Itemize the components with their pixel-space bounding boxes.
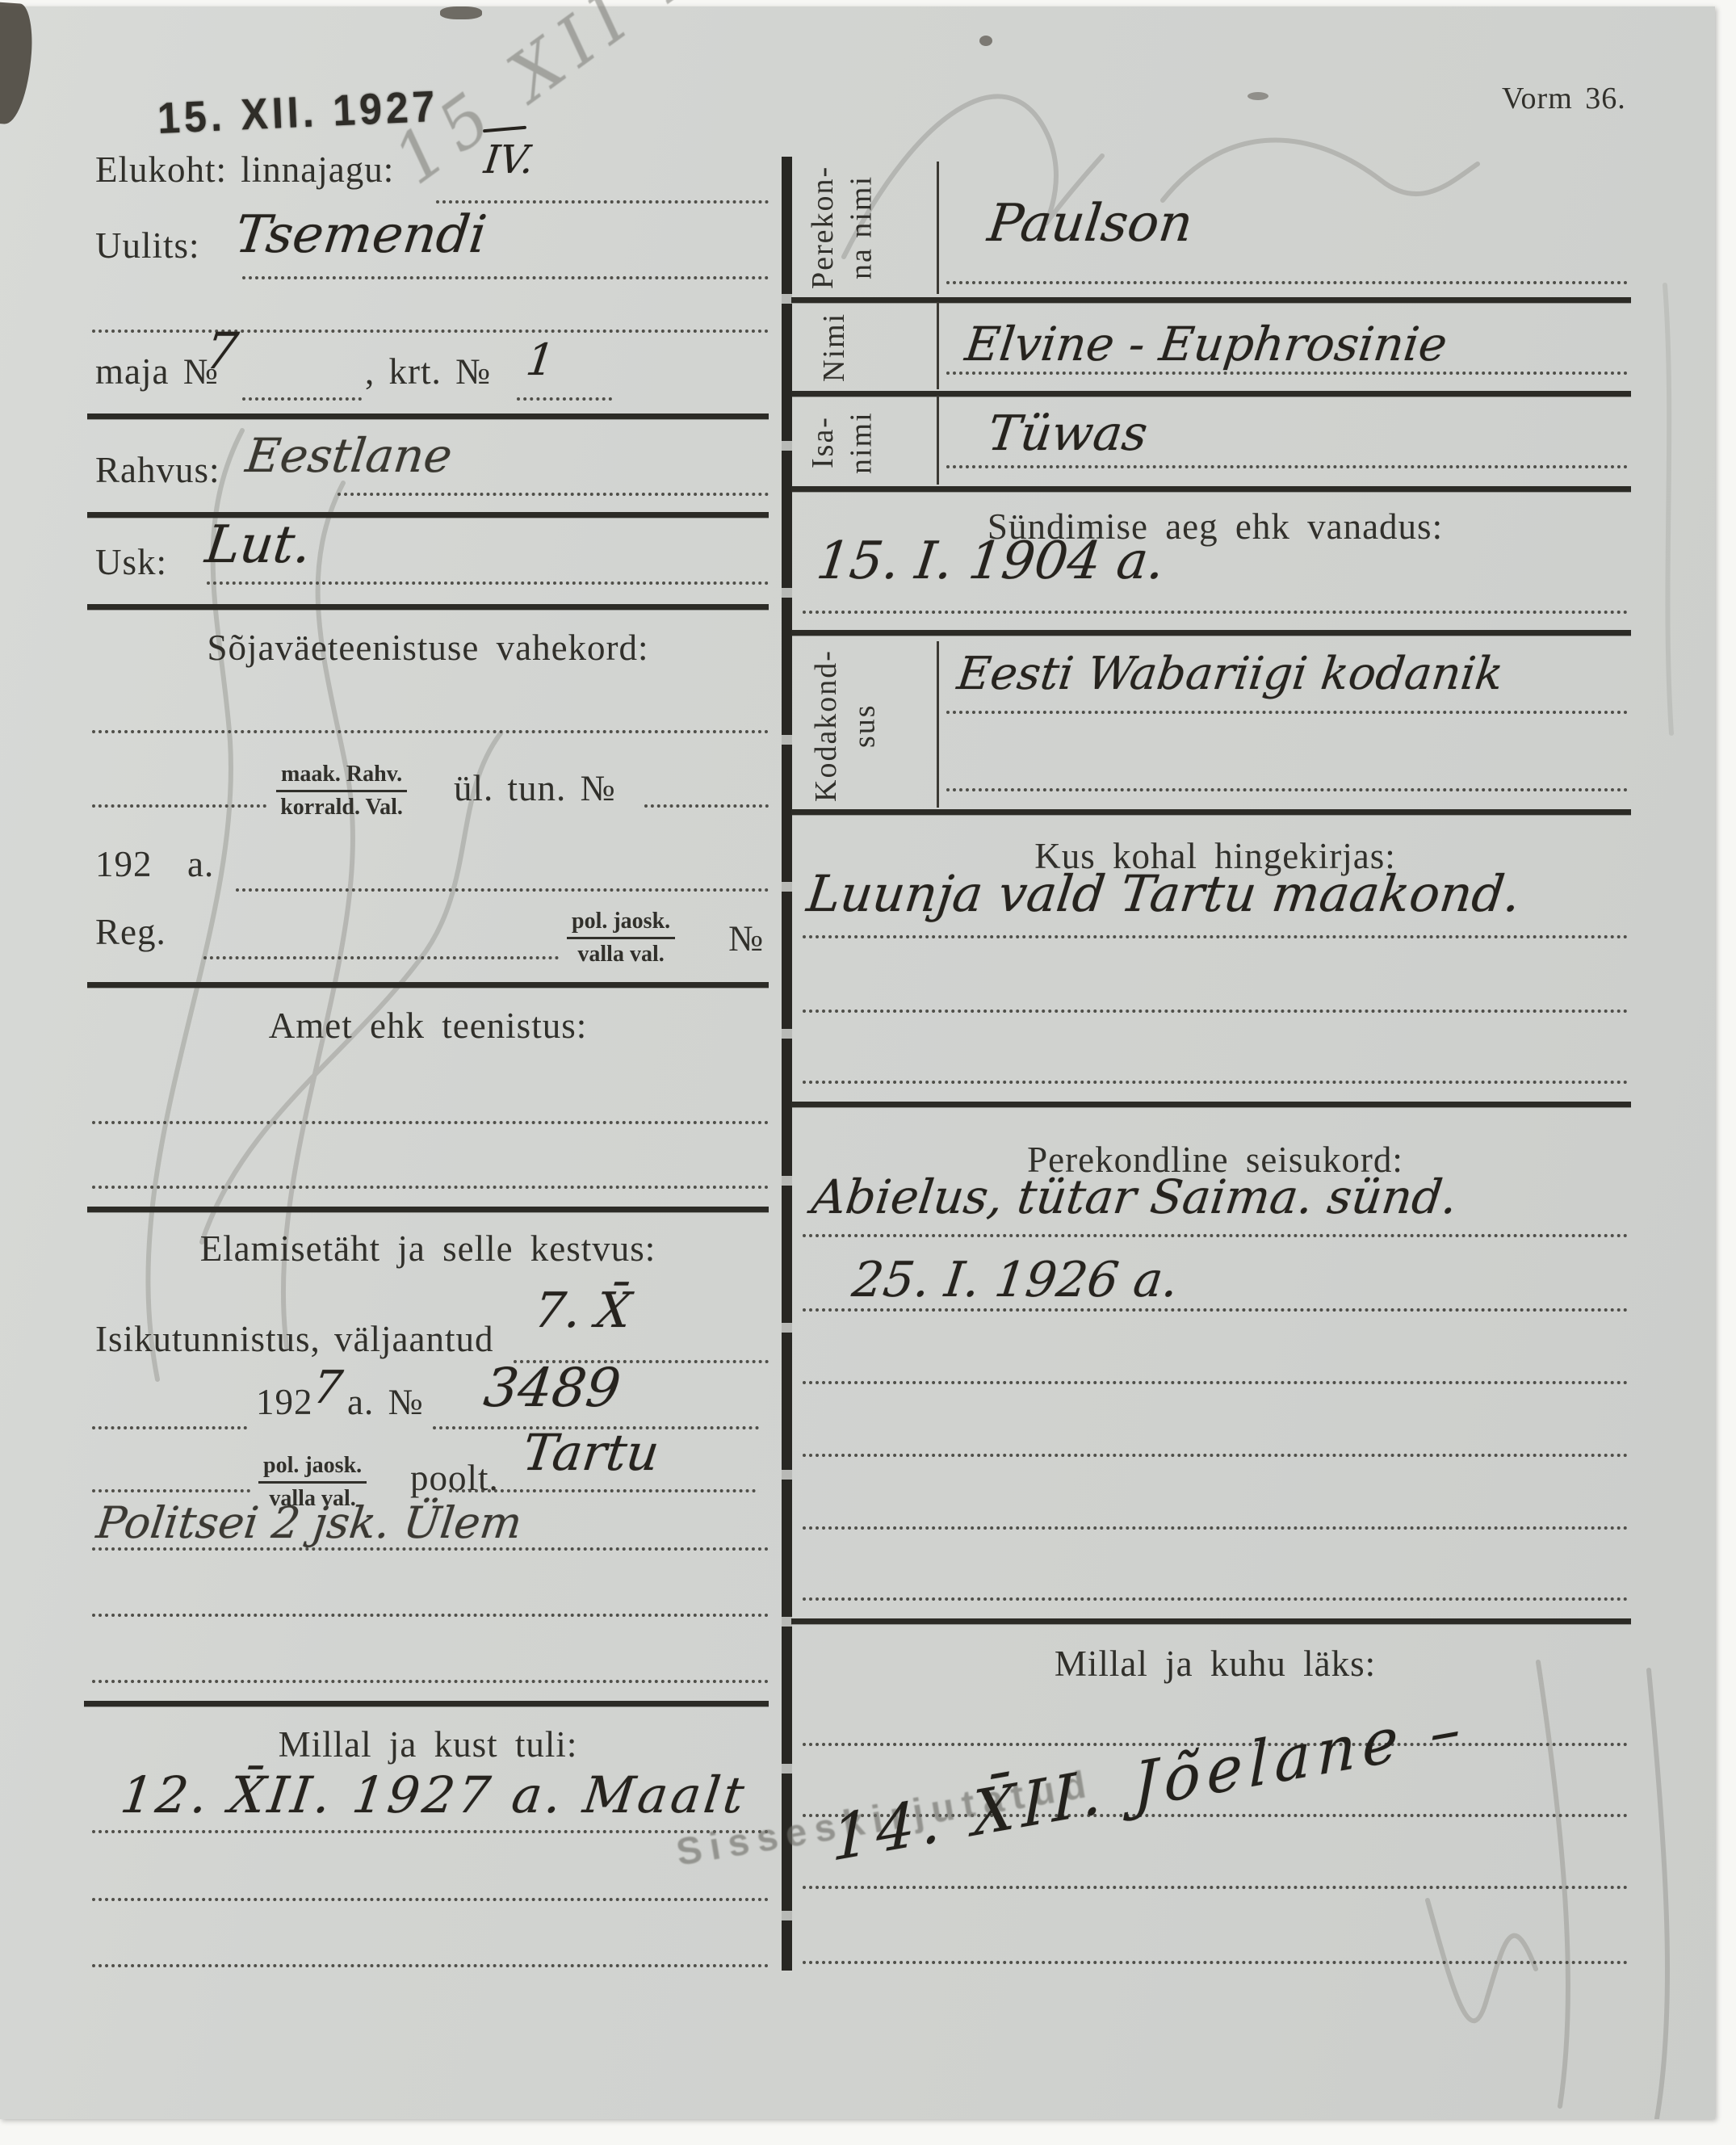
label-rule [937, 641, 939, 808]
military-authority-fraction: maak. Rahv. korrald. Val. [276, 761, 407, 821]
arrival-heading: Millal ja kust tuli: [89, 1725, 767, 1765]
dotted-line [803, 1081, 1628, 1084]
dotted-line [803, 1010, 1628, 1013]
birth-date-value: 15. I. 1904 a. [813, 531, 1168, 591]
pencil-stroke [283, 483, 353, 1347]
divider-line [791, 297, 1631, 303]
issuer-place-value: Tartu [520, 1423, 663, 1482]
date-stamp: 15. XII. 1927 [157, 84, 440, 140]
pencil-stroke [1649, 1670, 1667, 2118]
apartment-no-value: 1 [523, 334, 557, 385]
street-value: Tsemendi [232, 205, 489, 265]
dotted-line [242, 276, 769, 279]
id-issued-date-value: 7. X̄ [531, 1282, 635, 1339]
residence-permit-heading: Elamisetäht ja selle kestvus: [89, 1229, 767, 1270]
dotted-line [436, 200, 769, 204]
fraction-top: pol. jaosk. [567, 908, 675, 939]
dotted-line [207, 581, 769, 585]
certificate-no-label: ül. tun. № [454, 769, 615, 809]
surname-value: Paulson [984, 194, 1196, 254]
issued-by-label: poolt. [410, 1459, 499, 1499]
dotted-line [92, 1426, 247, 1429]
divider-line [791, 391, 1631, 397]
dotted-line [946, 788, 1628, 791]
label-rule [937, 396, 939, 485]
dotted-line [92, 1614, 769, 1617]
id-a-no-label: a. № [347, 1383, 423, 1423]
dotted-line [803, 1308, 1628, 1312]
occupation-heading: Amet ehk teenistus: [89, 1006, 767, 1047]
ink-smudge [440, 6, 482, 19]
surname-label: Perekon- na nimi [804, 163, 881, 291]
dotted-line [803, 1597, 1628, 1601]
label-rule [937, 162, 939, 294]
dotted-line [338, 493, 769, 496]
divider-line [87, 1207, 769, 1212]
parish-registry-value: Luunja vald Tartu maakond. [804, 864, 1524, 923]
form-number: Vorm 36. [1502, 82, 1626, 116]
column-divider [782, 157, 792, 1971]
dotted-line [946, 465, 1628, 468]
dotted-line [92, 1547, 769, 1551]
apartment-no-label: , krt. № [365, 352, 491, 392]
first-name-label: Nimi [816, 307, 854, 388]
divider-line [791, 486, 1631, 492]
fraction-top: maak. Rahv. [276, 761, 407, 792]
dotted-line [236, 888, 769, 892]
id-issued-label: Isikutunnistus, väljaantud [95, 1320, 493, 1360]
police-authority-fraction: pol. jaosk. valla val. [567, 908, 675, 968]
id-year-prefix-label: 192 [256, 1383, 313, 1423]
arrival-value: 12. X̄II. 1927 a. Maalt [118, 1765, 751, 1824]
registration-card: 15 XII 27 Vorm 36. 15. XII. 1927 Elukoht… [0, 6, 1715, 2119]
dotted-line [803, 611, 1628, 614]
street-label: Uulits: [95, 226, 200, 267]
dotted-line [92, 1898, 769, 1901]
pencil-stroke [1665, 285, 1671, 733]
dotted-line [803, 1526, 1628, 1530]
divider-line [791, 1102, 1631, 1107]
father-name-label: Isa- nimi [804, 401, 881, 485]
religion-label: Usk: [95, 543, 167, 583]
military-service-heading: Sõjaväeteenistuse vahekord: [89, 628, 767, 669]
dotted-line [803, 935, 1628, 938]
no-label: № [728, 919, 764, 959]
id-year-digit-value: 7 [310, 1362, 346, 1414]
dotted-line [92, 730, 769, 733]
dotted-line [92, 804, 266, 808]
dotted-line [803, 1961, 1628, 1964]
year-prefix-label: 192 [95, 845, 153, 885]
issuer-authority-value: Politsei 2 jsk. Ülem [94, 1497, 525, 1548]
ink-smudge [0, 2, 35, 126]
nationality-value: Eestlane [243, 428, 455, 483]
dotted-line [803, 1454, 1628, 1457]
dotted-line [644, 804, 769, 808]
divider-line [87, 512, 769, 518]
ink-smudge [1247, 92, 1268, 100]
fraction-bottom: korrald. Val. [276, 792, 407, 821]
religion-value: Lut. [202, 515, 314, 575]
divider-line [84, 1701, 769, 1706]
dotted-line [203, 956, 559, 959]
dotted-line [803, 1886, 1628, 1889]
departure-value: 14. X̄II. Jõelane – [832, 1690, 1466, 1875]
house-no-value: 7 [203, 321, 241, 380]
divider-line [791, 1618, 1631, 1624]
reg-label: Reg. [95, 913, 166, 953]
dotted-line [946, 371, 1628, 375]
residence-label: Elukoht: linnajagu: [95, 150, 394, 191]
divider-line [87, 604, 769, 610]
citizenship-value: Eesti Wabariigi kodanik [954, 648, 1506, 700]
id-number-value: 3489 [480, 1357, 623, 1419]
dotted-line [92, 1964, 769, 1967]
dotted-line [449, 1489, 756, 1492]
dotted-line [946, 711, 1628, 714]
dotted-line [92, 1489, 250, 1492]
fraction-bottom: valla val. [567, 939, 675, 968]
dotted-line [92, 330, 769, 333]
dotted-line [92, 1680, 769, 1683]
departure-heading: Millal ja kuhu läks: [799, 1644, 1631, 1685]
dotted-line [946, 281, 1628, 284]
divider-line [791, 630, 1631, 636]
dotted-line [803, 1234, 1628, 1237]
dotted-line [92, 1121, 769, 1124]
dotted-line [517, 397, 612, 401]
divider-line [791, 809, 1631, 815]
year-a-label: a. [187, 845, 214, 885]
family-status-value-line2: 25. I. 1926 a. [849, 1252, 1182, 1308]
citizenship-label: Kodakond- sus [807, 646, 884, 806]
first-name-value: Elvine - Euphrosinie [962, 317, 1450, 371]
family-status-value-line1: Abielus, tütar Saima. sünd. [809, 1169, 1461, 1224]
dotted-line [242, 397, 362, 401]
ink-smudge [979, 36, 992, 46]
label-rule [937, 302, 939, 389]
nationality-label: Rahvus: [95, 451, 220, 491]
divider-line [87, 413, 769, 419]
dotted-line [803, 1381, 1628, 1384]
dotted-line [92, 1186, 769, 1189]
divider-line [87, 982, 769, 988]
pencil-stroke [1538, 1662, 1568, 2106]
fraction-top: pol. jaosk. [258, 1452, 367, 1484]
father-name-value: Tüwas [985, 405, 1151, 462]
residence-district-value: IV. [482, 137, 536, 183]
dotted-line [92, 1830, 769, 1833]
pencil-stroke [1163, 140, 1478, 200]
house-no-label: maja № [95, 352, 219, 392]
